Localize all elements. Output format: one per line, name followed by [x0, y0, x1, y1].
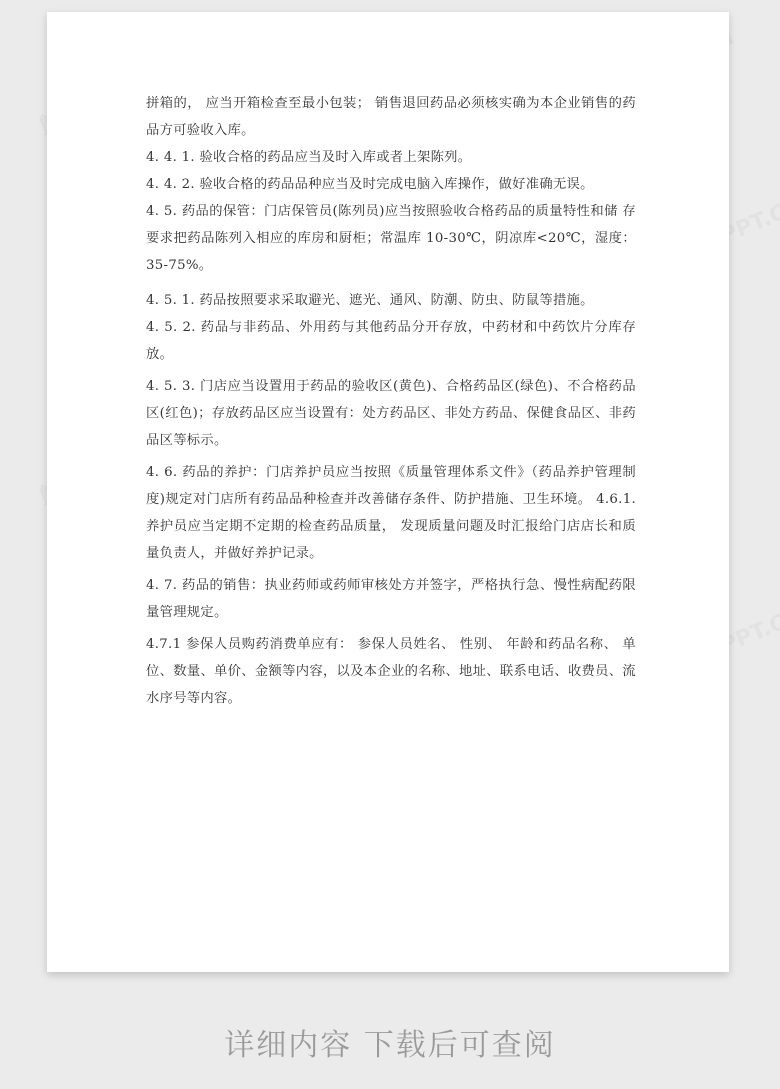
paragraph-4-6: 4. 6. 药品的养护：门店养护员应当按照《质量管理体系文件》（药品养护管理制度… — [146, 459, 636, 567]
document-body: 拼箱的， 应当开箱检查至最小包装； 销售退回药品必须核实确为本企业销售的药品方可… — [146, 90, 636, 712]
paragraph-4-7: 4. 7. 药品的销售：执业药师或药师审核处方并签字，严格执行急、慢性病配药限量… — [146, 572, 636, 626]
paragraph-4-5-3: 4. 5. 3. 门店应当设置用于药品的验收区(黄色)、合格药品区(绿色)、不合… — [146, 373, 636, 454]
paragraph-4-7-1: 4.7.1 参保人员购药消费单应有： 参保人员姓名、 性别、 年龄和药品名称、 … — [146, 631, 636, 712]
document-page: 拼箱的， 应当开箱检查至最小包装； 销售退回药品必须核实确为本企业销售的药品方可… — [47, 12, 729, 972]
download-notice: 详细内容 下载后可查阅 — [0, 1020, 780, 1064]
paragraph-4-4-2: 4. 4. 2. 验收合格的药品品种应当及时完成电脑入库操作，做好准确无误。 — [146, 171, 636, 198]
paragraph-intro: 拼箱的， 应当开箱检查至最小包装； 销售退回药品必须核实确为本企业销售的药品方可… — [146, 90, 636, 144]
paragraph-4-4-1: 4. 4. 1. 验收合格的药品应当及时入库或者上架陈列。 — [146, 144, 636, 171]
paragraph-4-5-1: 4. 5. 1. 药品按照要求采取避光、遮光、通风、防潮、防虫、防鼠等措施。 — [146, 287, 636, 314]
paragraph-4-5: 4. 5. 药品的保管：门店保管员(陈列员)应当按照验收合格药品的质量特性和储 … — [146, 198, 636, 279]
paragraph-4-5-2: 4. 5. 2. 药品与非药品、外用药与其他药品分开存放，中药材和中药饮片分库存… — [146, 314, 636, 368]
